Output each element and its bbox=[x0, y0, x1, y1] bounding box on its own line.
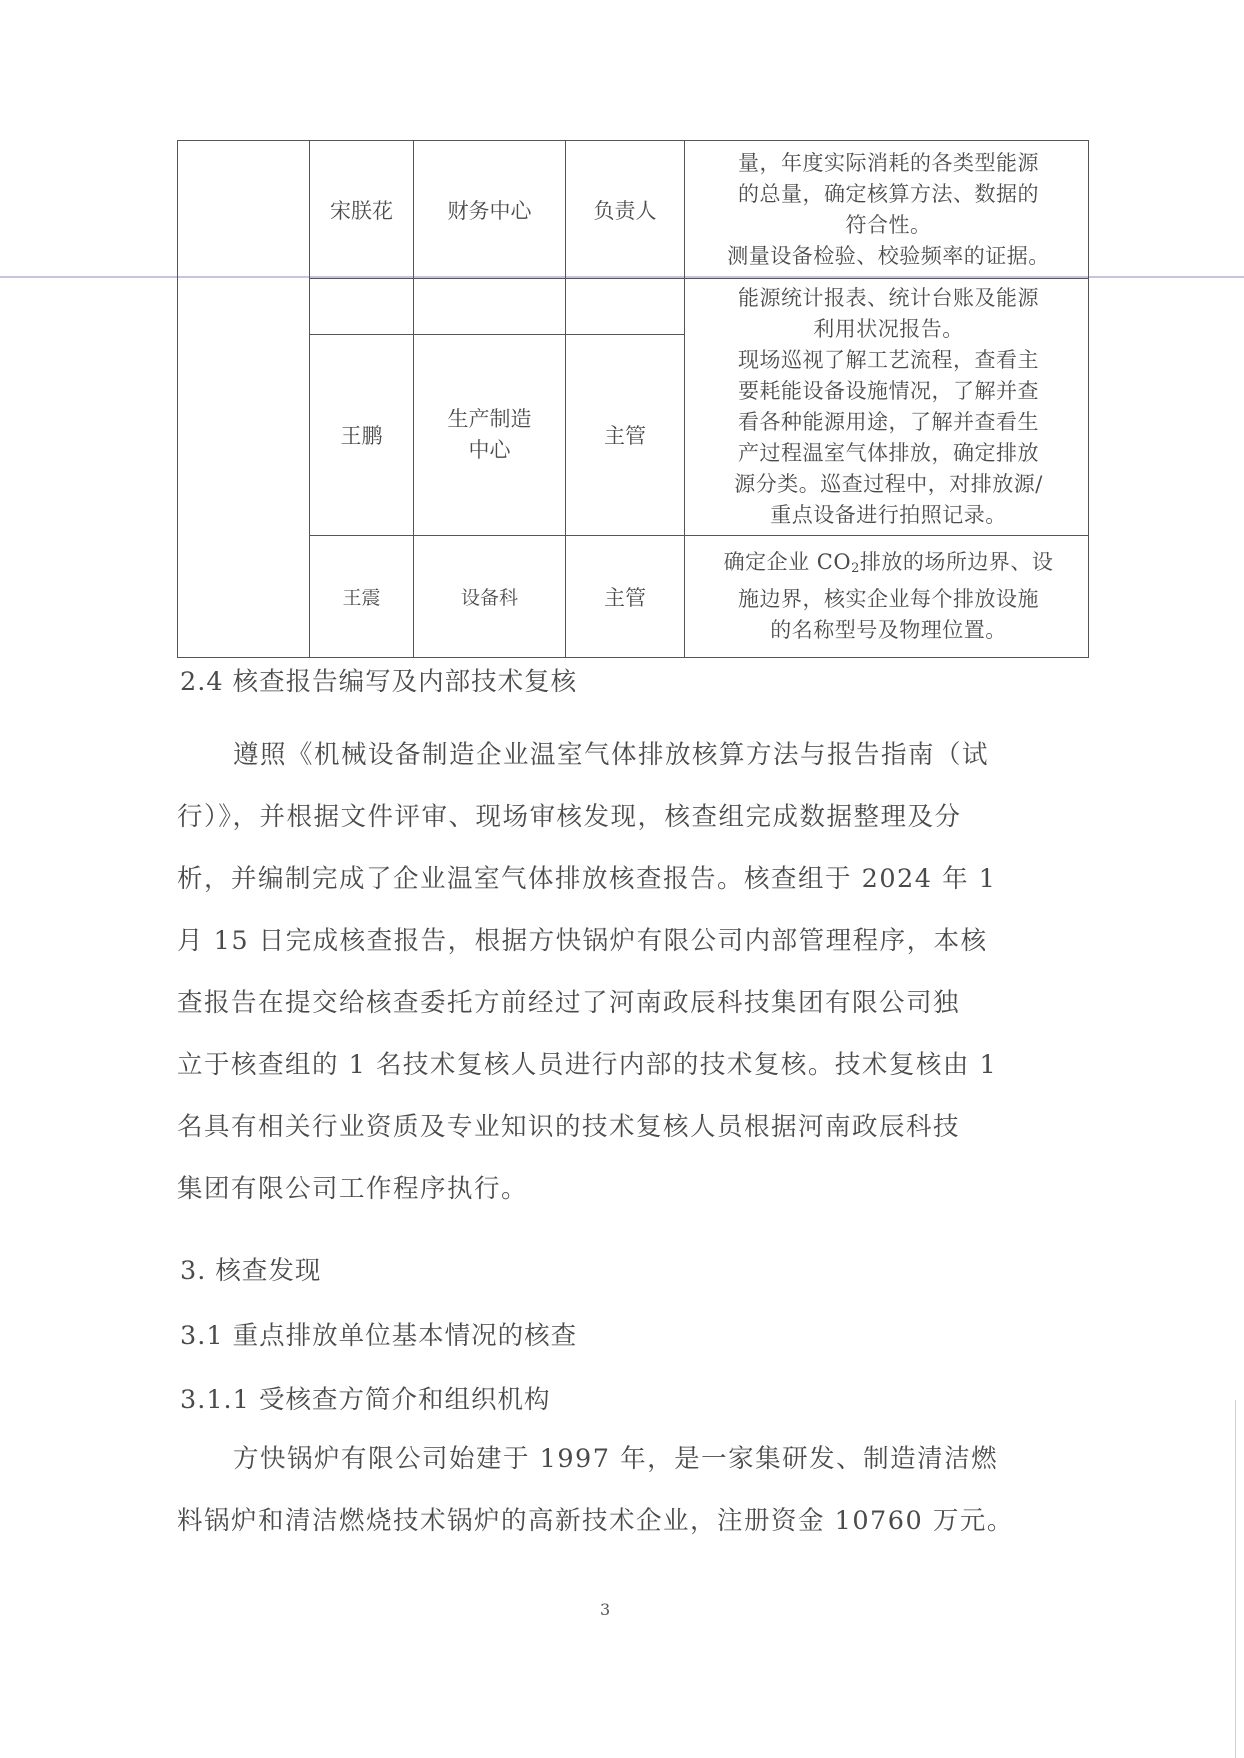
staff-name: 王震 bbox=[310, 536, 414, 658]
section-heading-3-1: 3.1 重点排放单位基本情况的核查 bbox=[180, 1316, 577, 1352]
staff-department: 生产制造 中心 bbox=[414, 335, 566, 536]
staff-role: 负责人 bbox=[566, 141, 685, 279]
section-heading-3-1-1: 3.1.1 受核查方简介和组织机构 bbox=[180, 1380, 551, 1416]
staff-department: 财务中心 bbox=[414, 141, 566, 279]
staff-name: 宋朕花 bbox=[310, 141, 414, 279]
staff-name: 王鹏 bbox=[310, 335, 414, 536]
page-number: 3 bbox=[600, 1600, 610, 1619]
staff-department: 设备科 bbox=[414, 536, 566, 658]
staff-department bbox=[414, 279, 566, 335]
staff-duty-description: 量，年度实际消耗的各类型能源 的总量，确定核算方法、数据的 符合性。 测量设备检… bbox=[685, 141, 1089, 279]
table-row: 能源统计报表、统计台账及能源 利用状况报告。 现场巡视了解工艺流程，查看主 要耗… bbox=[178, 279, 1089, 335]
verification-staff-table: 宋朕花 财务中心 负责人 量，年度实际消耗的各类型能源 的总量，确定核算方法、数… bbox=[177, 140, 1089, 658]
table-row: 王震 设备科 主管 确定企业 CO2排放的场所边界、设 施边界，核实企业每个排放… bbox=[178, 536, 1089, 658]
staff-duty-description: 能源统计报表、统计台账及能源 利用状况报告。 现场巡视了解工艺流程，查看主 要耗… bbox=[685, 279, 1089, 536]
scan-artifact-edge bbox=[1235, 1400, 1236, 1758]
document-page: 宋朕花 财务中心 负责人 量，年度实际消耗的各类型能源 的总量，确定核算方法、数… bbox=[0, 0, 1244, 1758]
section-2-4-paragraph: 遵照《机械设备制造企业温室气体排放核算方法与报告指南（试 行）》，并根据文件评审… bbox=[177, 724, 1057, 1220]
table-row: 宋朕花 财务中心 负责人 量，年度实际消耗的各类型能源 的总量，确定核算方法、数… bbox=[178, 141, 1089, 279]
staff-name bbox=[310, 279, 414, 335]
staff-role: 主管 bbox=[566, 536, 685, 658]
section-3-1-1-paragraph: 方快锅炉有限公司始建于 1997 年，是一家集研发、制造清洁燃 料锅炉和清洁燃烧… bbox=[177, 1428, 1057, 1552]
table-cell-merged bbox=[178, 141, 310, 658]
staff-role bbox=[566, 279, 685, 335]
staff-role: 主管 bbox=[566, 335, 685, 536]
staff-duty-description: 确定企业 CO2排放的场所边界、设 施边界，核实企业每个排放设施 的名称型号及物… bbox=[685, 536, 1089, 658]
section-heading-3: 3. 核查发现 bbox=[180, 1251, 321, 1287]
section-heading-2-4: 2.4 核查报告编写及内部技术复核 bbox=[180, 662, 577, 698]
